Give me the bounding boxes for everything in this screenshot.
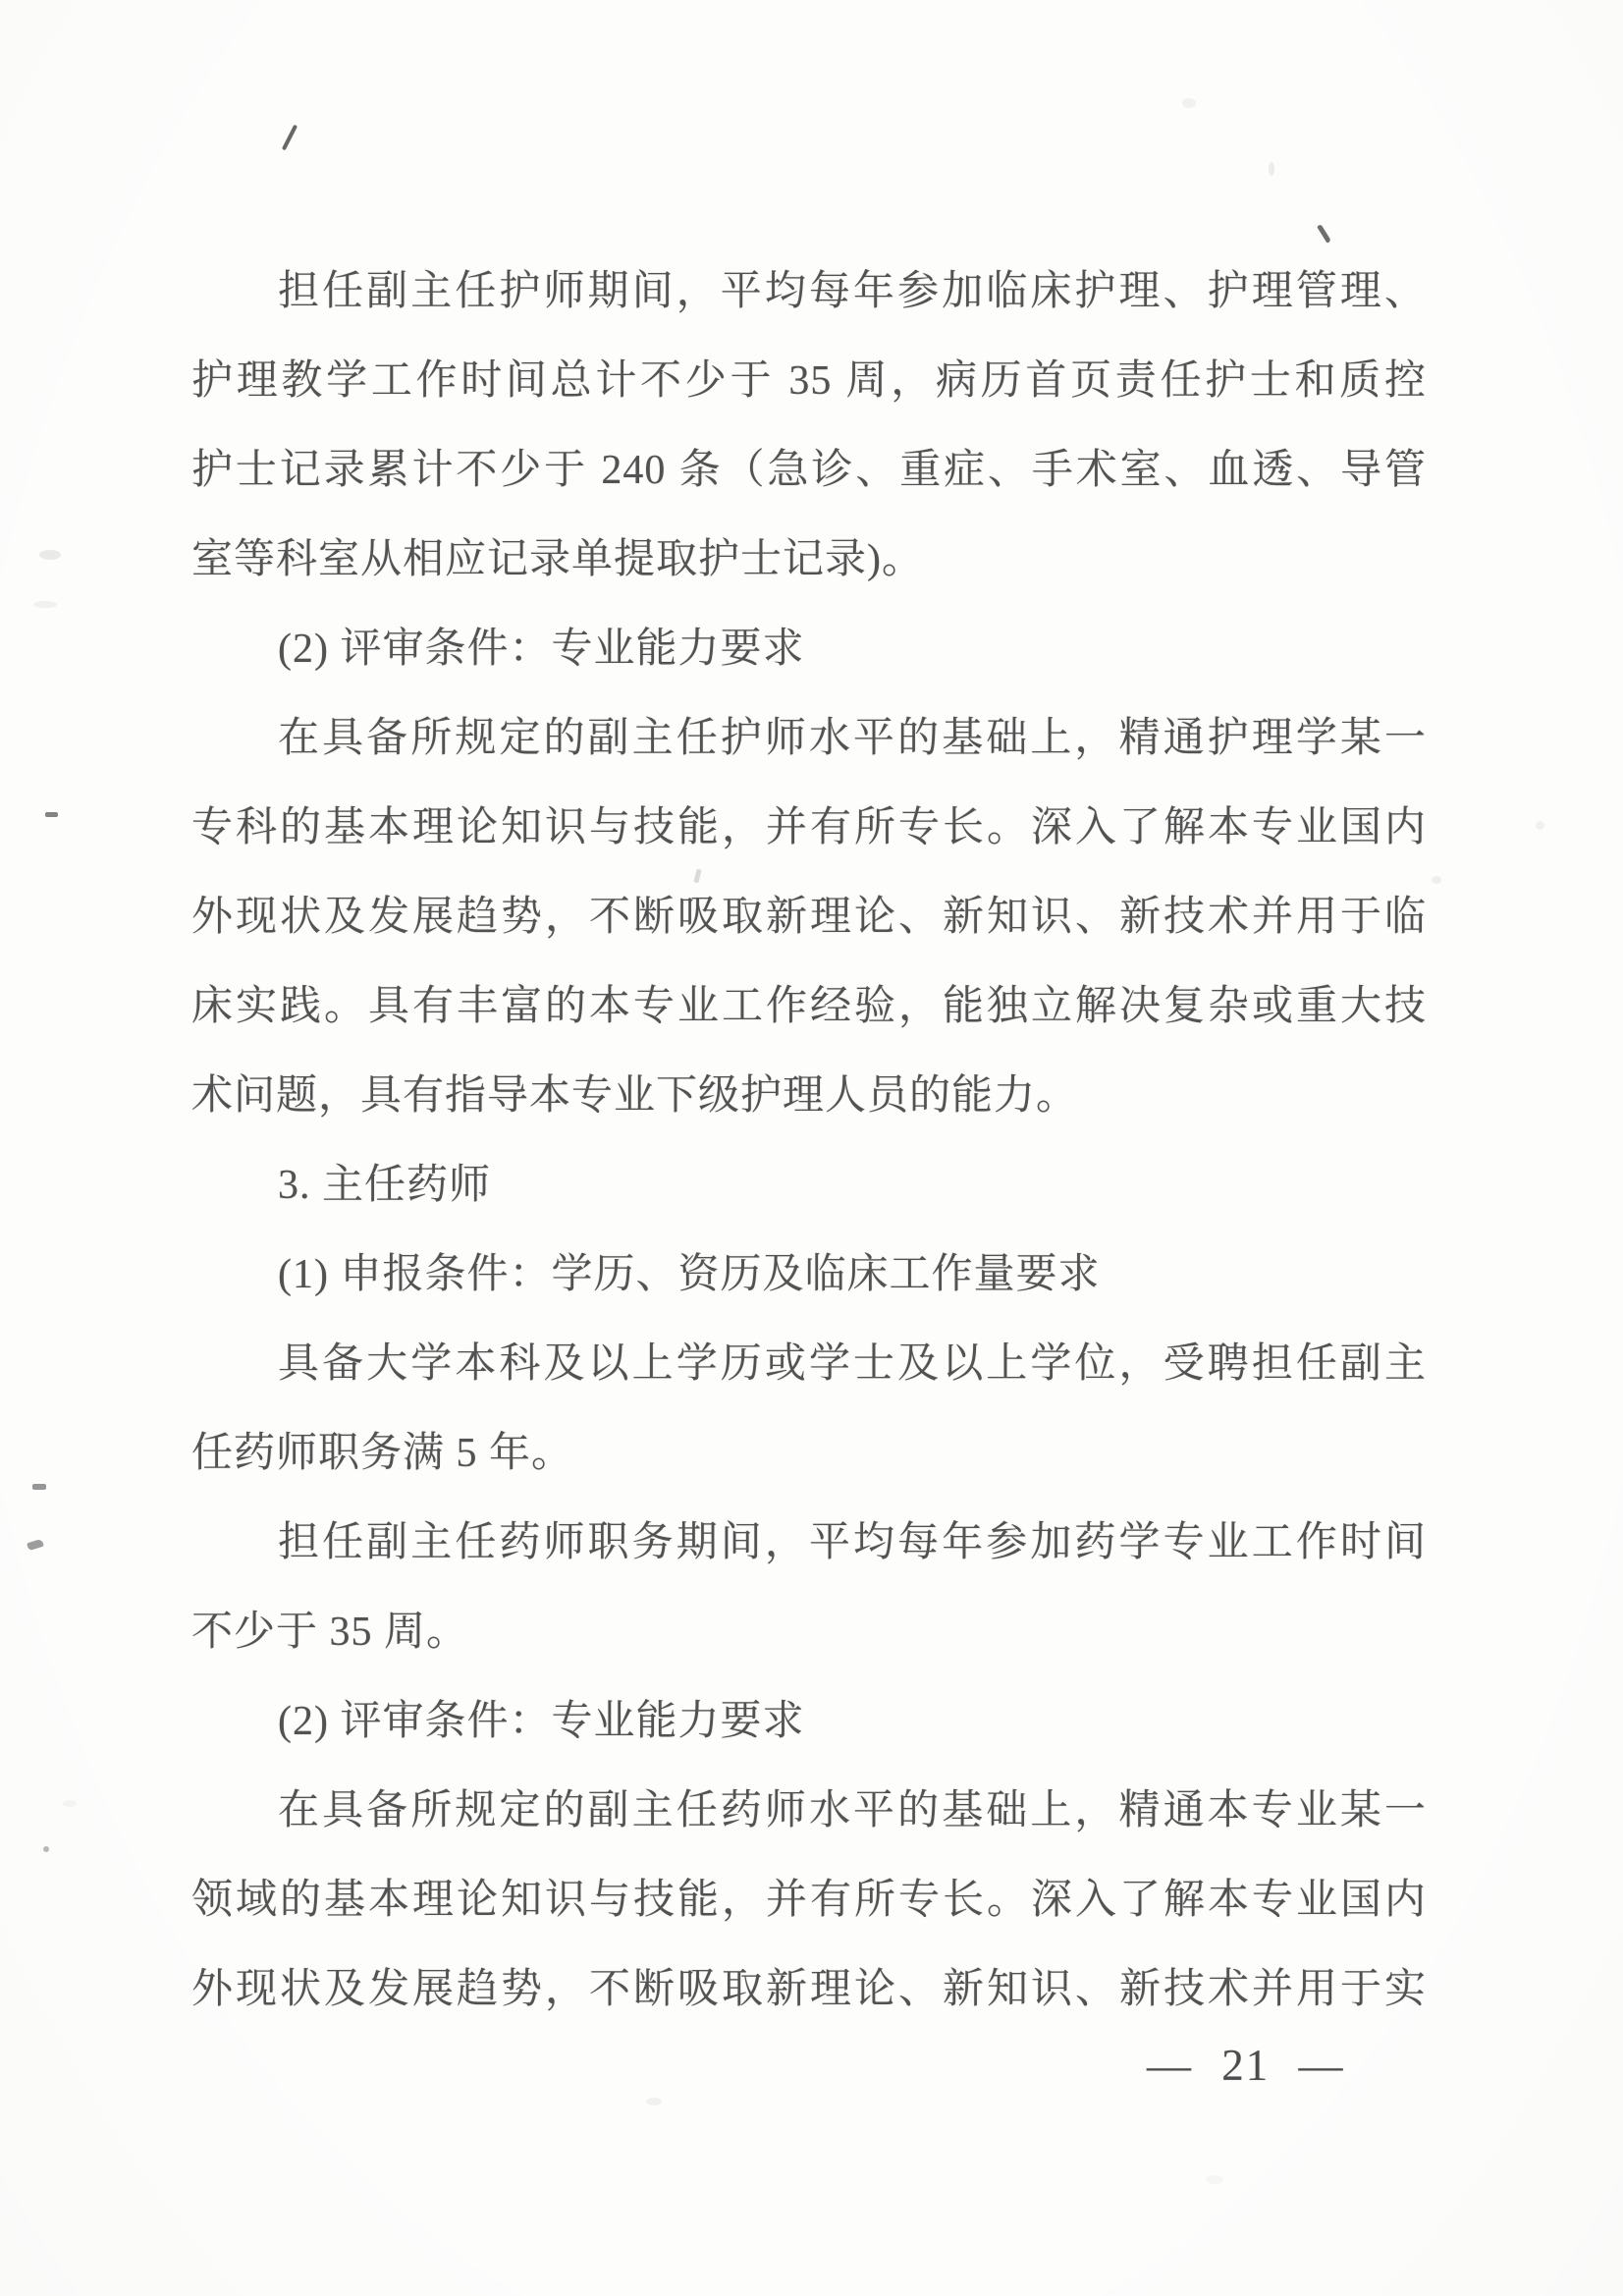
scan-speck [43,1846,49,1852]
text-line: 专科的基本理论知识与技能，并有所专长。深入了解本专业国内 [191,784,1427,873]
text-line: (1) 申报条件：学历、资历及临床工作量要求 [191,1230,1427,1320]
scan-speck [646,2098,662,2105]
text-line: 床实践。具有丰富的本专业工作经验，能独立解决复杂或重大技 [191,962,1427,1052]
scan-speck [45,812,58,817]
text-line: 护理教学工作时间总计不少于 35 周，病历首页责任护士和质控 [191,337,1427,426]
text-line: (2) 评审条件：专业能力要求 [191,605,1427,694]
text-line: 外现状及发展趋势，不断吸取新理论、新知识、新技术并用于实 [191,1945,1427,2035]
scan-artifact-slash [282,125,298,151]
scan-speck [63,1800,77,1807]
scan-speck [32,1484,46,1490]
text-line: 不少于 35 周。 [191,1588,1427,1677]
scan-speck [1182,98,1196,108]
scan-speck [39,550,61,560]
scan-speck [33,601,57,608]
text-line: 外现状及发展趋势，不断吸取新理论、新知识、新技术并用于临 [191,873,1427,962]
scan-speck [1269,162,1274,176]
text-line: 担任副主任药师职务期间，平均每年参加药学专业工作时间 [191,1499,1427,1588]
scan-speck [1432,876,1441,884]
text-line: 室等科室从相应记录单提取护士记录)。 [191,516,1427,605]
document-body-text: 担任副主任护师期间，平均每年参加临床护理、护理管理、 护理教学工作时间总计不少于… [191,247,1427,2035]
text-line: 在具备所规定的副主任护师水平的基础上，精通护理学某一 [191,694,1427,784]
scan-speck [1536,821,1544,830]
scan-speck [27,1539,44,1552]
text-line: 术问题，具有指导本专业下级护理人员的能力。 [191,1052,1427,1141]
text-line: 领域的基本理论知识与技能，并有所专长。深入了解本专业国内 [191,1856,1427,1945]
text-line: 任药师职务满 5 年。 [191,1409,1427,1499]
scan-speck [1206,2175,1223,2184]
page-number: — 21 — [1147,2040,1345,2091]
text-line: 担任副主任护师期间，平均每年参加临床护理、护理管理、 [191,247,1427,337]
text-line: (2) 评审条件：专业能力要求 [191,1677,1427,1767]
scan-artifact-comma [1317,224,1331,244]
scanned-document-page: 担任副主任护师期间，平均每年参加临床护理、护理管理、 护理教学工作时间总计不少于… [0,0,1623,2296]
text-line: 在具备所规定的副主任药师水平的基础上，精通本专业某一 [191,1767,1427,1856]
text-line: 护士记录累计不少于 240 条（急诊、重症、手术室、血透、导管 [191,426,1427,516]
text-line: 具备大学本科及以上学历或学士及以上学位，受聘担任副主 [191,1320,1427,1409]
text-line: 3. 主任药师 [191,1141,1427,1230]
